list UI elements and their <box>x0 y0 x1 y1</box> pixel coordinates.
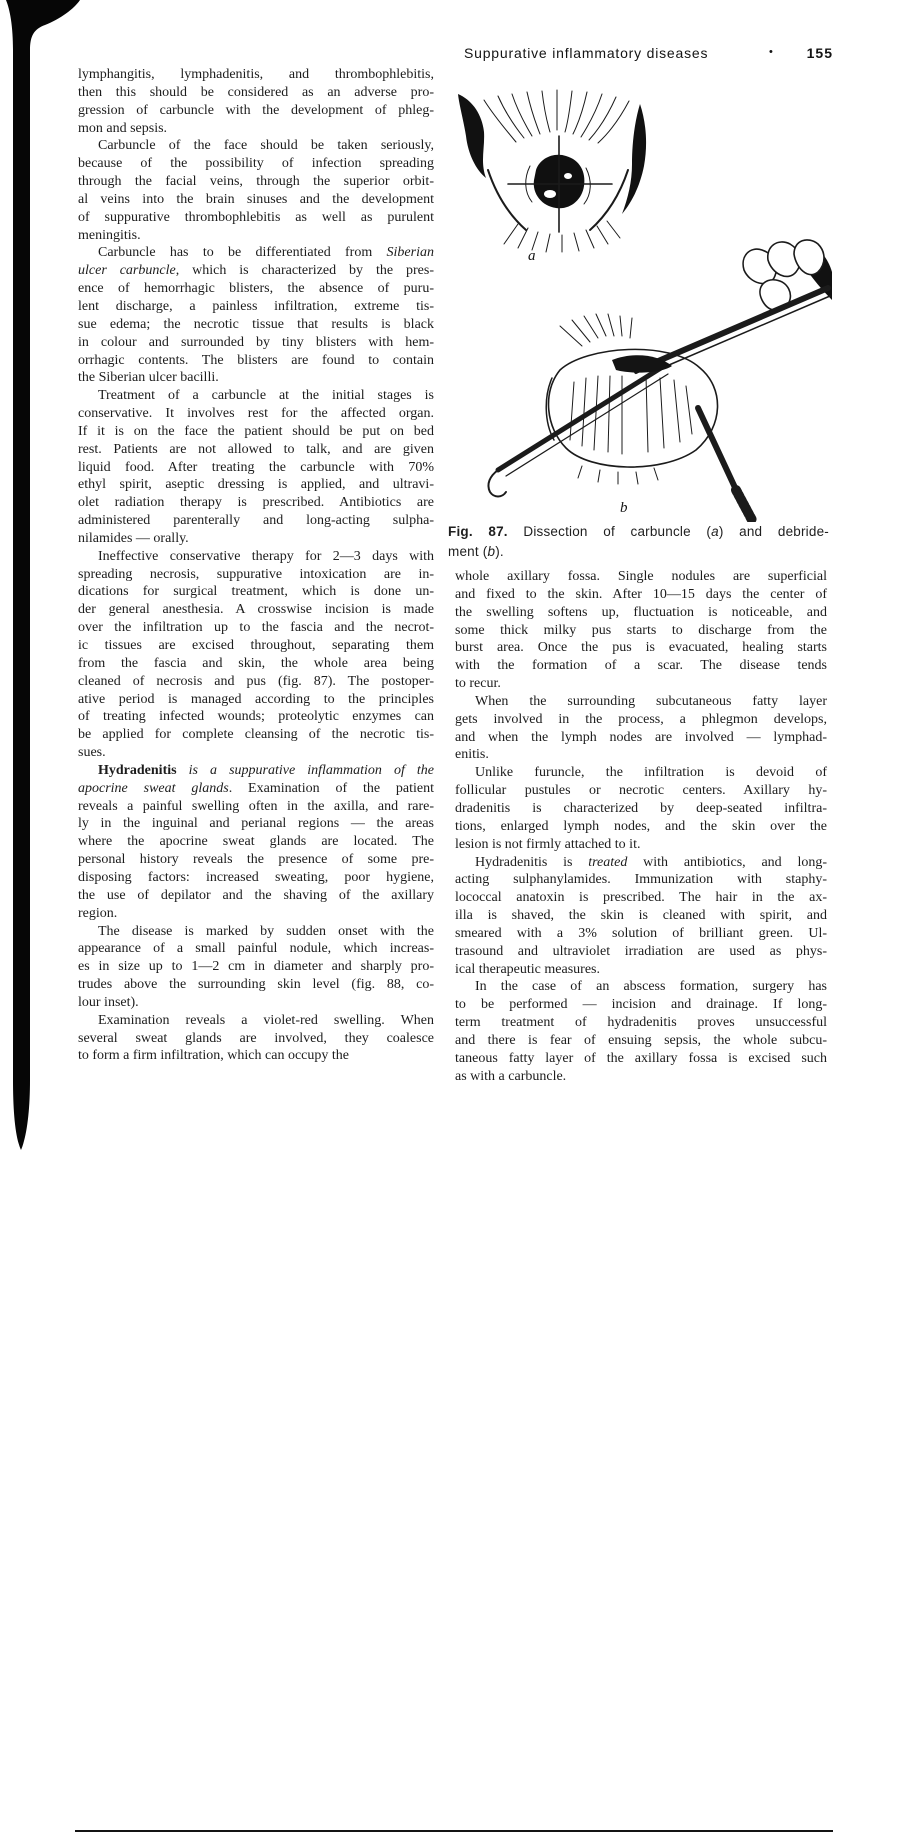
text-segment: Treatment of a carbuncle at the initial … <box>98 388 434 403</box>
text-segment: ethyl spirit, aseptic dressing is applie… <box>78 477 434 492</box>
text-line: mon and sepsis. <box>78 120 434 138</box>
text-segment: lococcal anatoxin is prescribed. The hai… <box>455 890 827 905</box>
text-line: ly in the inguinal and perianal regions … <box>78 815 434 833</box>
text-segment: ic tissues are excised throughout, separ… <box>78 638 434 653</box>
text-line: personal history reveals the presence of… <box>78 851 434 869</box>
text-line: Carbuncle of the face should be taken se… <box>78 137 434 155</box>
text-line: Ineffective conservative therapy for 2—3… <box>78 548 434 566</box>
text-line: es in size up to 1—2 cm in diameter and … <box>78 958 434 976</box>
text-segment: personal history reveals the presence of… <box>78 852 434 867</box>
text-line: sue edema; the necrotic tissue that resu… <box>78 316 434 334</box>
text-line: lymphangitis, lymphadenitis, and thrombo… <box>78 66 434 84</box>
text-line: gets involved in the process, a phlegmon… <box>455 711 827 729</box>
text-segment: enitis. <box>455 747 489 762</box>
text-segment: ence of hemorrhagic blisters, the absenc… <box>78 281 434 296</box>
text-segment: illa is shaved, the skin is cleaned with… <box>455 908 827 923</box>
text-line: lour inset). <box>78 994 434 1012</box>
figure-part-b-label: b <box>620 500 628 517</box>
text-segment: apocrine sweat glands <box>78 781 229 796</box>
text-line: lesion is not firmly attached to it. <box>455 836 827 854</box>
text-segment: , which is characterized by the pres- <box>176 263 434 278</box>
text-segment: cleaned of necrosis and pus (fig. 87). T… <box>78 674 434 689</box>
text-segment: to form a firm infiltration, which can o… <box>78 1048 349 1063</box>
text-line: lococcal anatoxin is prescribed. The hai… <box>455 889 827 907</box>
text-line: and fixed to the skin. After 10—15 days … <box>455 586 827 604</box>
text-segment: the swelling softens up, fluctuation is … <box>455 605 827 620</box>
text-segment: lent discharge, a painless infiltration,… <box>78 299 434 314</box>
paragraph: lymphangitis, lymphadenitis, and thrombo… <box>78 66 434 137</box>
text-line: al veins into the brain sinuses and the … <box>78 191 434 209</box>
text-segment: nilamides — orally. <box>78 531 189 546</box>
text-segment: ) and debride- <box>719 524 829 539</box>
text-segment: olet radiation therapy is prescribed. An… <box>78 495 434 510</box>
text-line: trasound and ultraviolet irradiation are… <box>455 943 827 961</box>
text-segment: region. <box>78 906 117 921</box>
text-segment: rest. Patients are not allowed to talk, … <box>78 442 434 457</box>
text-segment: whole axillary fossa. Single nodules are… <box>455 569 827 584</box>
text-segment: with antibiotics, and long- <box>627 855 827 870</box>
text-segment: lesion is not firmly attached to it. <box>455 837 640 852</box>
paragraph: Unlike furuncle, the infiltration is dev… <box>455 764 827 853</box>
text-segment: Fig. 87. <box>448 524 508 539</box>
text-segment: and fixed to the skin. After 10—15 days … <box>455 587 827 602</box>
text-segment: sues. <box>78 745 106 760</box>
text-line: Carbuncle has to be differentiated from … <box>78 244 434 262</box>
text-segment: with the formation of a scar. The diseas… <box>455 658 827 673</box>
paragraph: Hydradenitis is a suppurative inflammati… <box>78 762 434 923</box>
text-segment: because of the possibility of infection … <box>78 156 434 171</box>
text-segment: trasound and ultraviolet irradiation are… <box>455 944 827 959</box>
text-line: ethyl spirit, aseptic dressing is applie… <box>78 476 434 494</box>
text-segment: several sweat glands are involved, they … <box>78 1031 434 1046</box>
text-line: disposing factors: increased sweating, p… <box>78 869 434 887</box>
text-segment: liquid food. After treating the carbuncl… <box>78 460 434 475</box>
text-line: and when the lymph nodes are involved — … <box>455 729 827 747</box>
text-segment: If it is on the face the patient should … <box>78 424 434 439</box>
text-line: enitis. <box>455 746 827 764</box>
text-line: Hydradenitis is treated with antibiotics… <box>455 854 827 872</box>
text-line: appearance of a small painful nodule, wh… <box>78 940 434 958</box>
text-line: ence of hemorrhagic blisters, the absenc… <box>78 280 434 298</box>
text-segment: a <box>711 524 719 539</box>
text-line: ic tissues are excised throughout, separ… <box>78 637 434 655</box>
text-segment: taneous fatty layer of the axillary foss… <box>455 1051 827 1066</box>
text-segment: Examination reveals a violet-red swellin… <box>98 1013 434 1028</box>
text-segment: to recur. <box>455 676 501 691</box>
text-line: Examination reveals a violet-red swellin… <box>78 1012 434 1030</box>
text-line: then this should be considered as an adv… <box>78 84 434 102</box>
text-line: acting sulphanylamides. Immunization wit… <box>455 871 827 889</box>
paragraph: Ineffective conservative therapy for 2—3… <box>78 548 434 762</box>
text-segment: from the fascia and skin, the whole area… <box>78 656 434 671</box>
text-line: as with a carbuncle. <box>455 1068 827 1086</box>
text-line: trudes above the surrounding skin level … <box>78 976 434 994</box>
text-line: dications for surgical treatment, which … <box>78 583 434 601</box>
figure-87: a b <box>432 74 834 522</box>
paragraph: Carbuncle of the face should be taken se… <box>78 137 434 244</box>
text-segment: ative period is managed according to the… <box>78 692 434 707</box>
text-segment: and there is fear of ensuing sepsis, the… <box>455 1033 827 1048</box>
text-segment: in colour and surrounded by tiny blister… <box>78 335 434 350</box>
text-segment: appearance of a small painful nodule, wh… <box>78 941 434 956</box>
text-line: Unlike furuncle, the infiltration is dev… <box>455 764 827 782</box>
text-segment: the use of depilator and the shaving of … <box>78 888 434 903</box>
text-line: olet radiation therapy is prescribed. An… <box>78 494 434 512</box>
text-line: to recur. <box>455 675 827 693</box>
text-line: several sweat glands are involved, they … <box>78 1030 434 1048</box>
paragraph: Treatment of a carbuncle at the initial … <box>78 387 434 548</box>
text-segment: der general anesthesia. A crosswise inci… <box>78 602 434 617</box>
text-segment: ly in the inguinal and perianal regions … <box>78 816 434 831</box>
text-segment: of suppurative thrombophlebitis as well … <box>78 210 434 225</box>
text-line: term treatment of hydradenitis proves un… <box>455 1014 827 1032</box>
text-segment: orrhagic contents. The blisters are foun… <box>78 353 434 368</box>
text-line: taneous fatty layer of the axillary foss… <box>455 1050 827 1068</box>
text-segment: Hydradenitis is <box>475 855 588 870</box>
text-segment: ical therapeutic measures. <box>455 962 600 977</box>
book-page: Suppurative inflammatory diseases • 155 … <box>0 0 899 1836</box>
text-segment: conservative. It involves rest for the a… <box>78 406 434 421</box>
running-header: Suppurative inflammatory diseases • 155 <box>455 45 835 65</box>
text-segment: some thick milky pus starts to discharge… <box>455 623 827 638</box>
text-line: spreading necrosis, suppurative intoxica… <box>78 566 434 584</box>
text-segment: to be performed — incision and drainage.… <box>455 997 827 1012</box>
text-segment: ). <box>495 544 504 559</box>
text-line: because of the possibility of infection … <box>78 155 434 173</box>
text-segment: lymphangitis, lymphadenitis, and thrombo… <box>78 67 434 82</box>
text-line: cleaned of necrosis and pus (fig. 87). T… <box>78 673 434 691</box>
text-segment: meningitis. <box>78 228 141 243</box>
text-line: ulcer carbuncle, which is characterized … <box>78 262 434 280</box>
page-number: 155 <box>807 45 833 61</box>
paragraph: The disease is marked by sudden onset wi… <box>78 923 434 1012</box>
text-line: region. <box>78 905 434 923</box>
text-segment: burst area. Once the pus is evacuated, h… <box>455 640 827 655</box>
text-segment: When the surrounding subcutaneous fatty … <box>475 694 827 709</box>
text-segment: through the facial veins, through the su… <box>78 174 434 189</box>
text-segment: administered parenterally and long-actin… <box>78 513 434 528</box>
text-line: of treating infected wounds; proteolytic… <box>78 708 434 726</box>
paragraph: When the surrounding subcutaneous fatty … <box>455 693 827 764</box>
text-segment: al veins into the brain sinuses and the … <box>78 192 434 207</box>
text-segment: dradenitis is characterized by deep-seat… <box>455 801 827 816</box>
text-segment: gets involved in the process, a phlegmon… <box>455 712 827 727</box>
text-segment: treated <box>588 855 627 870</box>
text-segment: where the apocrine sweat glands are loca… <box>78 834 434 849</box>
text-line: apocrine sweat glands. Examination of th… <box>78 780 434 798</box>
text-line: to form a firm infiltration, which can o… <box>78 1047 434 1065</box>
text-line: sues. <box>78 744 434 762</box>
text-line: through the facial veins, through the su… <box>78 173 434 191</box>
text-segment: as with a carbuncle. <box>455 1069 566 1084</box>
text-line: in colour and surrounded by tiny blister… <box>78 334 434 352</box>
text-line: the use of depilator and the shaving of … <box>78 887 434 905</box>
paragraph: Hydradenitis is treated with antibiotics… <box>455 854 827 979</box>
text-line: to be performed — incision and drainage.… <box>455 996 827 1014</box>
paragraph: In the case of an abscess formation, sur… <box>455 978 827 1085</box>
text-line: When the surrounding subcutaneous fatty … <box>455 693 827 711</box>
text-segment: dications for surgical treatment, which … <box>78 584 434 599</box>
text-line: Fig. 87. Dissection of carbuncle (a) and… <box>448 522 829 542</box>
text-line: Treatment of a carbuncle at the initial … <box>78 387 434 405</box>
text-line: In the case of an abscess formation, sur… <box>455 978 827 996</box>
page-bottom-edge-line <box>75 1830 833 1832</box>
text-segment: Carbuncle has to be differentiated from <box>98 245 387 260</box>
text-segment: Dissection of carbuncle ( <box>508 524 711 539</box>
text-line: liquid food. After treating the carbuncl… <box>78 459 434 477</box>
text-segment: then this should be considered as an adv… <box>78 85 434 100</box>
text-segment: . Examination of the patient <box>229 781 434 796</box>
text-segment: the Siberian ulcer bacilli. <box>78 370 219 385</box>
header-title: Suppurative inflammatory diseases <box>464 45 708 61</box>
text-line: whole axillary fossa. Single nodules are… <box>455 568 827 586</box>
text-segment: acting sulphanylamides. Immunization wit… <box>455 872 827 887</box>
text-segment: In the case of an abscess formation, sur… <box>475 979 827 994</box>
text-line: over the infiltration up to the fascia a… <box>78 619 434 637</box>
text-segment: follicular pustules or necrotic centers.… <box>455 783 827 798</box>
text-segment: and when the lymph nodes are involved — … <box>455 730 827 745</box>
paragraph: Carbuncle has to be differentiated from … <box>78 244 434 387</box>
text-line: some thick milky pus starts to discharge… <box>455 622 827 640</box>
text-line: administered parenterally and long-actin… <box>78 512 434 530</box>
text-segment: gression of carbuncle with the developme… <box>78 103 434 118</box>
text-segment: Hydradenitis <box>98 763 177 778</box>
text-line: conservative. It involves rest for the a… <box>78 405 434 423</box>
text-line: from the fascia and skin, the whole area… <box>78 655 434 673</box>
text-line: gression of carbuncle with the developme… <box>78 102 434 120</box>
text-segment: reveals a painful swelling often in the … <box>78 799 434 814</box>
figure-87-caption: Fig. 87. Dissection of carbuncle (a) and… <box>448 522 829 562</box>
text-segment: The disease is marked by sudden onset wi… <box>98 924 434 939</box>
book-gutter-shadow <box>0 0 90 1160</box>
left-text-column: lymphangitis, lymphadenitis, and thrombo… <box>78 66 434 1065</box>
paragraph: Examination reveals a violet-red swellin… <box>78 1012 434 1066</box>
text-line: smeared with a 3% solution of brilliant … <box>455 925 827 943</box>
text-line: illa is shaved, the skin is cleaned with… <box>455 907 827 925</box>
text-line: rest. Patients are not allowed to talk, … <box>78 441 434 459</box>
text-segment: ment ( <box>448 544 487 559</box>
text-line: reveals a painful swelling often in the … <box>78 798 434 816</box>
text-line: Hydradenitis is a suppurative inflammati… <box>78 762 434 780</box>
text-segment: smeared with a 3% solution of brilliant … <box>455 926 827 941</box>
text-line: the Siberian ulcer bacilli. <box>78 369 434 387</box>
text-segment: lour inset). <box>78 995 139 1010</box>
text-segment: Ineffective conservative therapy for 2—3… <box>98 549 434 564</box>
header-separator-dot: • <box>769 46 773 58</box>
text-line: burst area. Once the pus is evacuated, h… <box>455 639 827 657</box>
text-segment: disposing factors: increased sweating, p… <box>78 870 434 885</box>
text-line: der general anesthesia. A crosswise inci… <box>78 601 434 619</box>
text-segment: es in size up to 1—2 cm in diameter and … <box>78 959 434 974</box>
text-segment: trudes above the surrounding skin level … <box>78 977 434 992</box>
text-segment: Siberian <box>387 245 434 260</box>
text-line: ment (b). <box>448 542 829 562</box>
text-line: be applied for complete cleansing of the… <box>78 726 434 744</box>
figure-part-a-label: a <box>528 248 536 265</box>
text-line: with the formation of a scar. The diseas… <box>455 657 827 675</box>
text-segment: Unlike furuncle, the infiltration is dev… <box>475 765 827 780</box>
text-segment: ulcer carbuncle <box>78 263 176 278</box>
text-line: lent discharge, a painless infiltration,… <box>78 298 434 316</box>
text-line: orrhagic contents. The blisters are foun… <box>78 352 434 370</box>
right-text-column: whole axillary fossa. Single nodules are… <box>455 568 827 1085</box>
text-line: tions, enlarged lymph nodes, and the ski… <box>455 818 827 836</box>
text-line: dradenitis is characterized by deep-seat… <box>455 800 827 818</box>
text-line: The disease is marked by sudden onset wi… <box>78 923 434 941</box>
text-line: the swelling softens up, fluctuation is … <box>455 604 827 622</box>
text-segment <box>177 763 189 778</box>
text-segment: spreading necrosis, suppurative intoxica… <box>78 567 434 582</box>
text-line: and there is fear of ensuing sepsis, the… <box>455 1032 827 1050</box>
text-line: nilamides — orally. <box>78 530 434 548</box>
text-segment: tions, enlarged lymph nodes, and the ski… <box>455 819 827 834</box>
text-segment: Carbuncle of the face should be taken se… <box>98 138 434 153</box>
text-segment: term treatment of hydradenitis proves un… <box>455 1015 827 1030</box>
text-segment: be applied for complete cleansing of the… <box>78 727 434 742</box>
text-segment: sue edema; the necrotic tissue that resu… <box>78 317 434 332</box>
text-segment: is a suppurative inflammation of the <box>189 763 434 778</box>
figure-87-illustration <box>432 74 834 522</box>
text-line: ical therapeutic measures. <box>455 961 827 979</box>
text-line: where the apocrine sweat glands are loca… <box>78 833 434 851</box>
paragraph: Fig. 87. Dissection of carbuncle (a) and… <box>448 522 829 562</box>
paragraph: whole axillary fossa. Single nodules are… <box>455 568 827 693</box>
text-segment: of treating infected wounds; proteolytic… <box>78 709 434 724</box>
text-line: ative period is managed according to the… <box>78 691 434 709</box>
text-line: If it is on the face the patient should … <box>78 423 434 441</box>
text-line: follicular pustules or necrotic centers.… <box>455 782 827 800</box>
text-segment: over the infiltration up to the fascia a… <box>78 620 434 635</box>
text-segment: mon and sepsis. <box>78 121 167 136</box>
text-line: meningitis. <box>78 227 434 245</box>
text-line: of suppurative thrombophlebitis as well … <box>78 209 434 227</box>
